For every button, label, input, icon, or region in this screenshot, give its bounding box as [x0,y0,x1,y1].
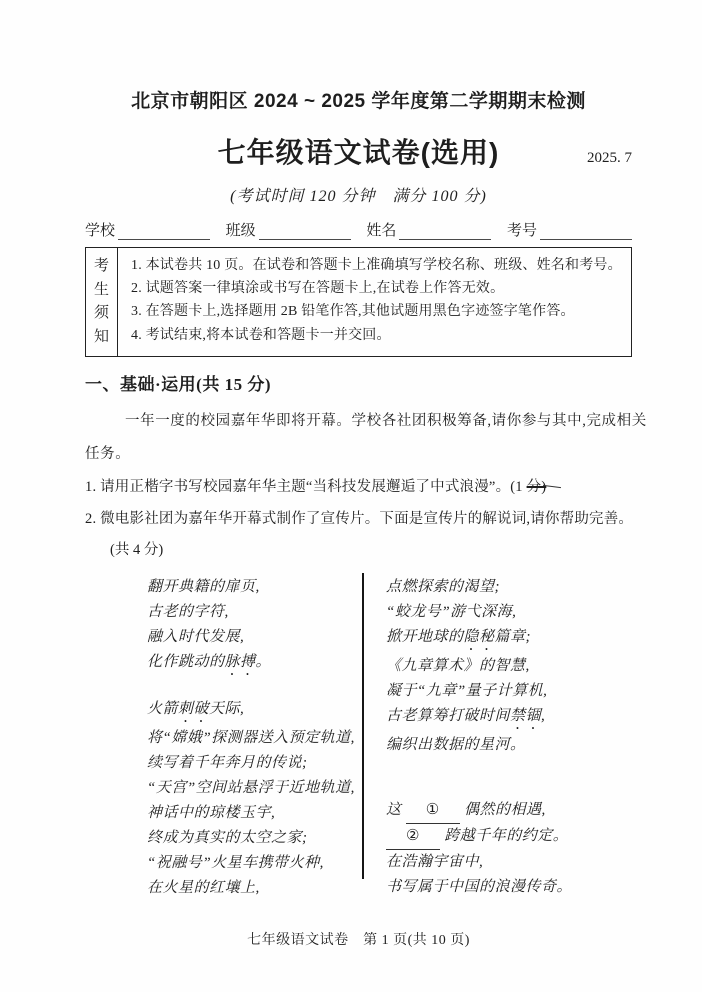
text-segment: 点燃探索的渴望; [386,579,500,595]
text-segment: 跨越千年的约定。 [440,828,568,844]
text-segment: 《九章算术》的智慧, [386,658,530,674]
poem-left-column: 翻开典籍的扉页,古老的字符,融入时代发展,化作跳动的脉搏。火箭刺破天际,将“嫦娥… [85,571,362,901]
poem-line: “蛟龙号”游弋深海, [386,600,632,625]
text-segment: 书写属于中国的浪漫传奇。 [386,879,572,895]
exam-info-line: (考试时间 120 分钟 满分 100 分) [85,183,632,206]
poem-line: 化作跳动的脉搏。 [147,650,362,679]
text-segment: 。 [256,654,272,670]
field-school-label: 学校 [85,219,115,240]
fields-row: 学校 班级 姓名 考号 [85,219,632,240]
emphasized-text: 禁锢 [510,708,541,724]
poem-line: 这 ① 偶然的相遇, [386,798,632,824]
text-segment: 1. 请用正楷字书写校园嘉年华主题“当科技发展邂逅了中式浪漫”。(1 [85,479,527,495]
field-school: 学校 [85,219,210,240]
text-segment: 翻开典籍的扉页, [147,579,260,595]
text-segment: 化作跳动的 [147,654,225,670]
paper-date: 2025. 7 [587,150,632,167]
emphasized-text: 刺破 [178,701,209,717]
poem-line: 编织出数据的星河。 [386,733,632,758]
text-segment: 融入时代发展, [147,629,244,645]
text-segment: “祝融号”火星车携带火种, [147,855,324,871]
poem-line: 融入时代发展, [147,625,362,650]
text-segment: 神话中的琼楼玉宇, [147,805,275,821]
exam-header-line: 北京市朝阳区 2024 ~ 2025 学年度第二学期期末检测 [85,0,632,113]
poem-line: 终成为真实的太空之家; [147,826,362,851]
notice-item-1: 1. 本试卷共 10 页。在试卷和答题卡上准确填写学校名称、班级、姓名和考号。 [131,254,625,277]
field-examno: 考号 [507,219,632,240]
text-segment: 古老的字符, [147,604,229,620]
poem-panel: 翻开典籍的扉页,古老的字符,融入时代发展,化作跳动的脉搏。火箭刺破天际,将“嫦娥… [85,571,632,901]
fill-in-blank: ① [406,798,460,824]
text-segment: 终成为真实的太空之家; [147,830,308,846]
text-segment: 将“嫦娥”探测器送入预定轨道, [147,730,355,746]
notice-side-label: 考生须知 [86,248,118,356]
poem-line: 书写属于中国的浪漫传奇。 [386,875,632,900]
poem-line: “祝融号”火星车携带火种, [147,851,362,876]
field-class: 班级 [226,219,351,240]
poem-line: 古老算筹打破时间禁锢, [386,704,632,733]
poem-line: “天宫”空间站悬浮于近地轨道, [147,776,362,801]
text-segment: 在浩瀚宇宙中, [386,854,483,870]
text-segment: 这 [386,802,406,818]
poem-line: 《九章算术》的智慧, [386,654,632,679]
field-examno-label: 考号 [507,219,537,240]
field-name-label: 姓名 [366,219,396,240]
text-segment: 编织出数据的星河。 [386,737,526,753]
text-segment: 掀开地球的 [386,629,464,645]
poem-line: 掀开地球的隐秘篇章; [386,625,632,654]
poem-line: 点燃探索的渴望; [386,575,632,600]
text-segment: “天宫”空间站悬浮于近地轨道, [147,780,355,796]
notice-item-3: 3. 在答题卡上,选择题用 2B 铅笔作答,其他试题用黑色字迹签字笔作答。 [131,300,625,323]
text-segment: “蛟龙号”游弋深海, [386,604,516,620]
poem-line: 在火星的红壤上, [147,876,362,901]
text-segment: 古老算筹打破时间 [386,708,510,724]
question-2-line1: 2. 微电影社团为嘉年华开幕式制作了宣传片。下面是宣传片的解说词,请你帮助完善。 [85,503,632,535]
question-1: 1. 请用正楷字书写校园嘉年华主题“当科技发展邂逅了中式浪漫”。(1 分) [85,471,632,503]
notice-item-4: 4. 考试结束,将本试卷和答题卡一并交回。 [131,324,625,347]
poem-line: ② 跨越千年的约定。 [386,824,632,850]
field-class-blank-line [259,223,351,240]
fill-in-blank: ② [386,824,440,850]
field-class-label: 班级 [226,219,256,240]
poem-right-column: 点燃探索的渴望;“蛟龙号”游弋深海,掀开地球的隐秘篇章;《九章算术》的智慧,凝于… [364,571,632,901]
emphasized-text: 隐秘 [464,629,495,645]
struck-text: 分) [527,479,547,495]
emphasized-text: 脉搏 [225,654,256,670]
text-segment: 凝于“九章”量子计算机, [386,683,547,699]
exam-paper-page: 北京市朝阳区 2024 ~ 2025 学年度第二学期期末检测 七年级语文试卷(选… [0,0,702,992]
poem-line: 凝于“九章”量子计算机, [386,679,632,704]
text-segment: 续写着千年奔月的传说; [147,755,308,771]
intro-paragraph: 一年一度的校园嘉年华即将开幕。学校各社团积极筹备,请你参与其中,完成相关 任务。 [85,405,632,471]
title-row: 七年级语文试卷(选用) 2025. 7 [85,131,632,171]
field-name-blank-line [399,223,491,240]
text-segment: 天际, [209,701,244,717]
poem-line: 翻开典籍的扉页, [147,575,362,600]
field-school-blank-line [118,223,210,240]
notice-side-label-text: 考生须知 [94,255,110,349]
section-1-heading: 一、基础·运用(共 15 分) [85,370,632,395]
page-footer: 七年级语文试卷 第 1 页(共 10 页) [85,929,632,949]
paper-title: 七年级语文试卷(选用) [218,137,500,168]
field-name: 姓名 [366,219,491,240]
poem-line: 神话中的琼楼玉宇, [147,801,362,826]
intro-line-2: 任务。 [85,438,632,471]
poem-line: 将“嫦娥”探测器送入预定轨道, [147,726,362,751]
poem-line: 在浩瀚宇宙中, [386,850,632,875]
intro-line-1: 一年一度的校园嘉年华即将开幕。学校各社团积极筹备,请你参与其中,完成相关 [85,405,632,438]
text-segment: 篇章; [495,629,532,645]
text-segment: 偶然的相遇, [460,802,546,818]
candidate-notice-box: 考生须知 1. 本试卷共 10 页。在试卷和答题卡上准确填写学校名称、班级、姓名… [85,247,632,357]
stanza-gap [386,758,632,798]
poem-line: 续写着千年奔月的传说; [147,751,362,776]
stanza-gap [147,679,362,697]
poem-line: 古老的字符, [147,600,362,625]
field-examno-blank-line [540,223,632,240]
question-2-points: (共 4 分) [85,535,632,565]
notice-list: 1. 本试卷共 10 页。在试卷和答题卡上准确填写学校名称、班级、姓名和考号。 … [118,248,631,356]
notice-item-2: 2. 试题答案一律填涂或书写在答题卡上,在试卷上作答无效。 [131,277,625,300]
text-segment: 在火星的红壤上, [147,880,260,896]
text-segment: 火箭 [147,701,178,717]
poem-line: 火箭刺破天际, [147,697,362,726]
text-segment: , [541,708,545,724]
